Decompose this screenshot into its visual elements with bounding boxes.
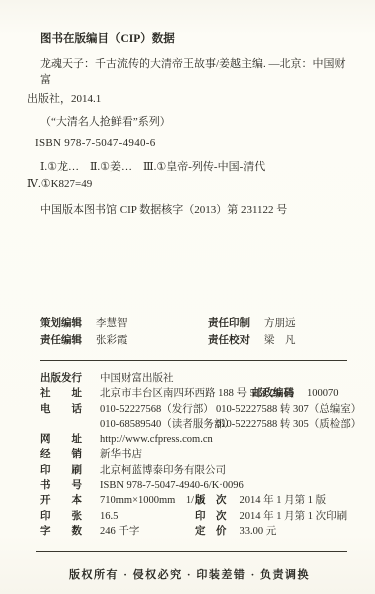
price-label: 定 价 bbox=[195, 524, 227, 539]
proofreader-name: 梁 凡 bbox=[264, 332, 296, 349]
series-note: （“大清名人抢鲜看”系列） bbox=[40, 113, 349, 129]
divider-top bbox=[40, 360, 347, 361]
pub-row-sheets: 印 张 16.5 印 次 2014 年 1 月第 1 次印刷 bbox=[40, 509, 349, 524]
page-content: 图书在版编目（CIP）数据 龙魂天子：千古流传的大清帝王故事/姜越主编. —北京… bbox=[0, 0, 375, 582]
pub-row-right: 010-52227588 转 307（总编室） bbox=[216, 402, 361, 417]
cip-header: 图书在版编目（CIP）数据 bbox=[40, 30, 349, 46]
phone-editorial-office: 010-52227588 转 307（总编室） bbox=[216, 402, 361, 417]
pub-row-address: 社 址 北京市丰台区南四环西路 188 号 5 区 20 楼 邮政编码 1000… bbox=[40, 386, 349, 401]
credit-row-proofreader: 责任校对 梁 凡 bbox=[208, 332, 296, 349]
pub-row-label: 电 话 bbox=[40, 402, 100, 417]
pub-row-value: 010-68589540（读者服务部） bbox=[100, 417, 235, 432]
pub-row-value: ISBN 978-7-5047-4940-6/K·0096 bbox=[100, 478, 244, 493]
pub-row-label: 社 址 bbox=[40, 386, 100, 401]
edition-value: 2014 年 1 月第 1 版 bbox=[240, 493, 327, 508]
impression-value: 2014 年 1 月第 1 次印刷 bbox=[240, 509, 348, 524]
divider-bottom bbox=[36, 551, 347, 552]
pub-row-label: 字 数 bbox=[40, 524, 100, 539]
duty-editor-name: 张彩霞 bbox=[96, 332, 128, 349]
pub-row-value: 010-52227568（发行部） bbox=[100, 402, 214, 417]
publication-info: 出版发行 中国财富出版社 社 址 北京市丰台区南四环西路 188 号 5 区 2… bbox=[40, 371, 349, 539]
pub-row-label bbox=[40, 417, 100, 432]
postal-code-label: 邮政编码 bbox=[252, 386, 294, 401]
pub-row-label: 印 刷 bbox=[40, 463, 100, 478]
pub-row-book-number: 书 号 ISBN 978-7-5047-4940-6/K·0096 bbox=[40, 478, 349, 493]
isbn-line: ISBN 978-7-5047-4940-6 bbox=[35, 137, 349, 149]
pub-row-label: 书 号 bbox=[40, 478, 100, 493]
credits-right-column: 责任印制 方朋远 责任校对 梁 凡 bbox=[208, 315, 296, 349]
credit-row-print-supervisor: 责任印制 方朋远 bbox=[208, 315, 296, 332]
cip-record-number: 中国版本图书馆 CIP 数据核字（2013）第 231122 号 bbox=[40, 201, 349, 217]
proofreader-label: 责任校对 bbox=[208, 332, 250, 349]
pub-row-publisher: 出版发行 中国财富出版社 bbox=[40, 371, 349, 386]
impression-label: 印 次 bbox=[195, 509, 227, 524]
pub-row-format: 开 本 710mm×1000mm 1/16 版 次 2014 年 1 月第 1 … bbox=[40, 493, 349, 508]
pub-row-label: 经 销 bbox=[40, 447, 100, 462]
copyright-page: 图书在版编目（CIP）数据 龙魂天子：千古流传的大清帝王故事/姜越主编. —北京… bbox=[0, 0, 375, 594]
planning-editor-name: 李慧智 bbox=[96, 315, 128, 332]
pub-row-phone-1: 电 话 010-52227568（发行部） 010-52227588 转 307… bbox=[40, 402, 349, 417]
pub-row-value: 中国财富出版社 bbox=[100, 371, 174, 386]
pub-row-label: 印 张 bbox=[40, 509, 100, 524]
pub-row-value: 246 千字 bbox=[100, 524, 139, 539]
credits-left-column: 策划编辑 李慧智 责任编辑 张彩霞 bbox=[40, 315, 208, 349]
credit-row-duty-editor: 责任编辑 张彩霞 bbox=[40, 332, 208, 349]
pub-row-value: 710mm×1000mm 1/16 bbox=[100, 493, 205, 508]
cip-entry-line2: 出版社，2014.1 bbox=[27, 90, 349, 106]
classification-line1: Ⅰ.①龙… Ⅱ.①姜… Ⅲ.①皇帝-列传-中国-清代 bbox=[40, 158, 349, 174]
print-supervisor-label: 责任印制 bbox=[208, 315, 250, 332]
pub-row-right: 版 次 2014 年 1 月第 1 版 bbox=[195, 493, 326, 508]
pub-row-value: 北京柯蓝博泰印务有限公司 bbox=[100, 463, 226, 478]
pub-row-phone-2: 010-68589540（读者服务部） 010-52227588 转 305（质… bbox=[40, 417, 349, 432]
pub-row-word-count: 字 数 246 千字 定 价 33.00 元 bbox=[40, 524, 349, 539]
copyright-notice: 版权所有 · 侵权必究 · 印装差错 · 负责调换 bbox=[30, 566, 349, 582]
planning-editor-label: 策划编辑 bbox=[40, 315, 82, 332]
pub-row-value: 新华书店 bbox=[100, 447, 142, 462]
pub-row-right: 邮政编码 100070 bbox=[252, 386, 339, 401]
cip-entry-line1: 龙魂天子：千古流传的大清帝王故事/姜越主编. —北京：中国财富 bbox=[40, 55, 349, 87]
duty-editor-label: 责任编辑 bbox=[40, 332, 82, 349]
phone-quality-dept: 010-52227588 转 305（质检部） bbox=[216, 417, 361, 432]
credits-block: 策划编辑 李慧智 责任编辑 张彩霞 责任印制 方朋远 责任校对 梁 凡 bbox=[40, 315, 349, 349]
credit-row-planning-editor: 策划编辑 李慧智 bbox=[40, 315, 208, 332]
pub-row-printer: 印 刷 北京柯蓝博泰印务有限公司 bbox=[40, 463, 349, 478]
website-url: http://www.cfpress.com.cn bbox=[100, 432, 213, 447]
pub-row-distributor: 经 销 新华书店 bbox=[40, 447, 349, 462]
pub-row-right: 印 次 2014 年 1 月第 1 次印刷 bbox=[195, 509, 347, 524]
classification-line2: Ⅳ.①K827=49 bbox=[27, 177, 349, 190]
postal-code-value: 100070 bbox=[307, 386, 339, 401]
pub-row-label: 出版发行 bbox=[40, 371, 100, 386]
pub-row-right: 010-52227588 转 305（质检部） bbox=[216, 417, 361, 432]
pub-row-value: 16.5 bbox=[100, 509, 118, 524]
pub-row-label: 网 址 bbox=[40, 432, 100, 447]
pub-row-right: 定 价 33.00 元 bbox=[195, 524, 276, 539]
pub-row-label: 开 本 bbox=[40, 493, 100, 508]
price-value: 33.00 元 bbox=[240, 524, 277, 539]
edition-label: 版 次 bbox=[195, 493, 227, 508]
pub-row-website: 网 址 http://www.cfpress.com.cn bbox=[40, 432, 349, 447]
print-supervisor-name: 方朋远 bbox=[264, 315, 296, 332]
